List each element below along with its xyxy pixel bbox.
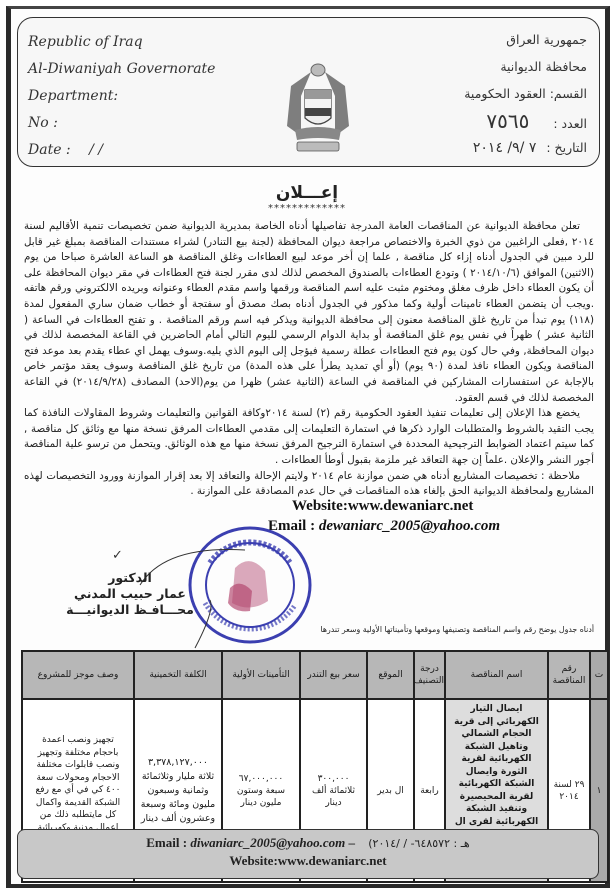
date-row-en: Date : / / — [28, 138, 215, 165]
paragraph-main: تعلن محافظة الديوانية عن المناقصات العام… — [24, 219, 594, 406]
header-description: وصف موجز للمشروع — [22, 651, 134, 699]
bid-bond-number: ٦٧,٠٠٠,٠٠٠ — [225, 773, 297, 785]
letterhead-english: Republic of Iraq Al-Diwaniyah Governorat… — [28, 30, 215, 165]
date-value-en: / / — [89, 142, 103, 158]
table-header-row: ت رقم المناقصة اسم المناقصة درجة التصنيف… — [22, 651, 608, 699]
doc-price-words: ثلاثمائة ألف دينار — [303, 785, 364, 809]
date-label-en: Date : — [28, 142, 71, 158]
header-location: الموقع — [367, 651, 414, 699]
governor-signature: الدكتور عمار حبيب المدني محـــافـظ الديو… — [55, 570, 205, 618]
signatory-position: محـــافـظ الديوانيـــة — [55, 602, 205, 618]
reference-number: ٧٥٦٥ — [486, 109, 529, 133]
signatory-name: عمار حبيب المدني — [55, 586, 205, 602]
department-label-en: Department: — [28, 84, 215, 111]
bid-bond-words: سبعة وستون مليون دينار — [225, 785, 297, 809]
est-cost-words: ثلاثة مليار وثلاثمائة وثمانية وسبعون ملي… — [137, 770, 219, 826]
header-doc-price: سعر بيع التندر — [300, 651, 367, 699]
date-label-ar: التاريخ : — [546, 140, 587, 155]
signatory-title: الدكتور — [55, 570, 205, 586]
announcement-body: تعلن محافظة الديوانية عن المناقصات العام… — [24, 219, 594, 500]
website-link[interactable]: Website:www.dewaniarc.net — [292, 498, 473, 515]
number-row-ar: العدد : ٧٥٦٥ — [464, 109, 587, 136]
header-bid-bond: التأمينات الأولية — [222, 651, 300, 699]
header-est-cost: الكلفة التخمينية — [134, 651, 222, 699]
announcement-title: إعـــلان — [0, 183, 614, 203]
footer-email-link[interactable]: diwaniarc_2005@yahoo.com — [190, 835, 345, 850]
department-ar: القسم: العقود الحكومية — [464, 82, 587, 109]
paragraph-regulations: يخضع هذا الإعلان إلى تعليمات تنفيذ العقو… — [24, 406, 594, 468]
paragraph-note: ملاحظة : تخصيصات المشاريع أدناه هي ضمن م… — [24, 469, 594, 500]
date-value-ar: ٧ /٩/ ٢٠١٤ — [473, 140, 536, 156]
date-row-ar: التاريخ : ٧ /٩/ ٢٠١٤ — [464, 136, 587, 163]
footer-separator: – — [345, 835, 358, 850]
footer-email-label: Email : — [146, 835, 190, 850]
country-en: Republic of Iraq — [28, 30, 215, 57]
header-grade: درجة التصنيف — [414, 651, 445, 699]
title-divider: ************* — [0, 203, 614, 214]
email-link[interactable]: dewaniarc_2005@yahoo.com — [319, 518, 500, 534]
est-cost-number: ٣,٣٧٨,١٢٧,٠٠٠ — [137, 756, 219, 770]
number-label-ar: العدد : — [553, 116, 587, 131]
letterhead-arabic: جمهورية العراق محافظة الديوانية القسم: ا… — [464, 28, 587, 163]
number-label-en: No : — [28, 111, 215, 138]
doc-price-number: ٣٠٠,٠٠٠ — [303, 773, 364, 785]
header-tender-no: رقم المناقصة — [548, 651, 590, 699]
footer-website-link[interactable]: Website:www.dewaniarc.net — [18, 853, 598, 869]
footer-contact-line: Email : diwaniarc_2005@yahoo.com – هـ : … — [18, 835, 598, 851]
country-ar: جمهورية العراق — [464, 28, 587, 55]
iraq-emblem-icon — [281, 56, 355, 156]
letterhead: Republic of Iraq Al-Diwaniyah Governorat… — [17, 17, 600, 167]
signature-check-mark: ✓ — [112, 548, 123, 563]
footer-phone: هـ : ٦٤٨٥٧٢- / /٢٠١٤) — [368, 837, 470, 850]
governorate-ar: محافظة الديوانية — [464, 55, 587, 82]
header-tender-name: اسم المناقصة — [445, 651, 548, 699]
header-seq: ت — [590, 651, 608, 699]
footer: Email : diwaniarc_2005@yahoo.com – هـ : … — [17, 829, 599, 879]
governorate-en: Al-Diwaniyah Governorate — [28, 57, 215, 84]
table-caption: أدناه جدول يوضح رقم واسم المناقصة وتصنيف… — [321, 625, 594, 634]
